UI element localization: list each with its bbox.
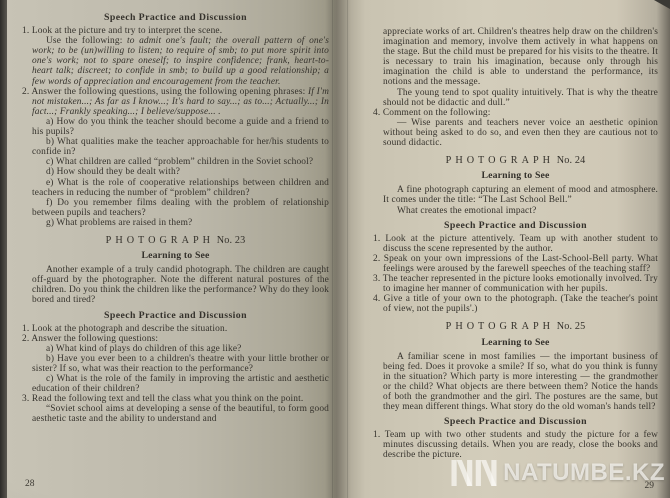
item-number: 1. bbox=[22, 324, 29, 334]
section-heading: Speech Practice and Discussion bbox=[373, 417, 658, 427]
question-item: 1. Look at the photograph and describe t… bbox=[22, 324, 329, 334]
sub-question: b) What qualities make the teacher appro… bbox=[32, 137, 329, 157]
question-item: 2. Answer the following questions, using… bbox=[22, 87, 329, 117]
paragraph: A familiar scene in most families — the … bbox=[383, 352, 658, 413]
photograph-number: No. 23 bbox=[217, 235, 246, 246]
item-number: 1. bbox=[22, 26, 29, 36]
section-heading: Speech Practice and Discussion bbox=[373, 221, 658, 231]
item-text: Speak on your own impressions of the Las… bbox=[383, 254, 658, 274]
item-number: 2. bbox=[22, 334, 29, 344]
item-number: 3. bbox=[373, 274, 380, 284]
book-left-edge bbox=[0, 0, 7, 498]
item-text: The teacher represented in the picture l… bbox=[383, 274, 658, 294]
item-text: Comment on the following: bbox=[383, 108, 491, 118]
item-text: Team up with two other students and stud… bbox=[383, 430, 658, 460]
paragraph: Use the following: to admit one's fault;… bbox=[32, 36, 329, 86]
continuation-paragraph: appreciate works of art. Children's thea… bbox=[383, 27, 658, 88]
photograph-number: No. 24 bbox=[557, 155, 586, 166]
sub-question: c) What is the role of the family in imp… bbox=[32, 374, 329, 394]
item-text: Give a title of your own to the photogra… bbox=[383, 294, 658, 314]
quote-paragraph: “Soviet school aims at developing a sens… bbox=[32, 404, 329, 424]
paragraph-lead: Use the following: bbox=[46, 36, 127, 46]
sub-question: b) Have you ever been to a children's th… bbox=[32, 354, 329, 374]
left-page: Speech Practice and Discussion 1. Look a… bbox=[7, 0, 335, 498]
photograph-word: PHOTOGRAPH bbox=[446, 155, 554, 166]
item-text: Answer the following questions, using th… bbox=[31, 87, 308, 97]
item-text: Read the following text and tell the cla… bbox=[32, 394, 304, 404]
right-page-text: appreciate works of art. Children's thea… bbox=[373, 27, 658, 461]
watermark-text: NATUMBE.KZ bbox=[503, 459, 665, 487]
item-number: 2. bbox=[373, 254, 380, 264]
item-text: Look at the picture and try to interpret… bbox=[32, 26, 222, 36]
question-item: 2. Answer the following questions: bbox=[22, 334, 329, 344]
question-item: 1. Look at the picture and try to interp… bbox=[22, 26, 329, 36]
photograph-word: PHOTOGRAPH bbox=[106, 235, 214, 246]
subsection-heading: Learning to See bbox=[373, 338, 658, 348]
question-item: 4. Give a title of your own to the photo… bbox=[373, 294, 658, 314]
item-number: 2. bbox=[22, 87, 29, 97]
item-text: Answer the following questions: bbox=[31, 334, 158, 344]
gutter-crease bbox=[347, 0, 348, 498]
question-item: 1. Team up with two other students and s… bbox=[373, 430, 658, 460]
sub-question: e) What is the role of cooperative relat… bbox=[32, 178, 329, 198]
page-number: 28 bbox=[25, 479, 35, 489]
item-number: 4. bbox=[373, 294, 380, 304]
sub-question: a) How do you think the teacher should b… bbox=[32, 117, 329, 137]
gutter-crease bbox=[332, 0, 333, 498]
subsection-heading: Learning to See bbox=[22, 251, 329, 261]
sub-question: a) What kind of plays do children of thi… bbox=[32, 344, 329, 354]
paragraph: A fine photograph capturing an element o… bbox=[383, 185, 658, 205]
paragraph: What creates the emotional impact? bbox=[383, 206, 658, 216]
item-number: 1. bbox=[373, 430, 380, 440]
section-heading: Speech Practice and Discussion bbox=[22, 311, 329, 321]
photograph-word: PHOTOGRAPH bbox=[446, 321, 554, 332]
sub-question: c) What children are called “problem” ch… bbox=[32, 157, 329, 167]
question-item: 3. The teacher represented in the pictur… bbox=[373, 274, 658, 294]
item-number: 1. bbox=[373, 234, 380, 244]
question-item: 4. Comment on the following: bbox=[373, 108, 658, 118]
item-text: Look at the picture attentively. Team up… bbox=[383, 234, 658, 254]
watermark: NATUMBE.KZ bbox=[451, 459, 665, 487]
quote-paragraph: The young tend to spot quality intuitive… bbox=[383, 88, 658, 108]
sub-question: d) How should they be dealt with? bbox=[32, 167, 329, 177]
paragraph: Another example of a truly candid photog… bbox=[32, 265, 329, 305]
photograph-heading: PHOTOGRAPH No. 24 bbox=[373, 156, 658, 166]
right-page: appreciate works of art. Children's thea… bbox=[335, 0, 670, 498]
sub-question: g) What problems are raised in them? bbox=[32, 218, 329, 228]
section-heading: Speech Practice and Discussion bbox=[22, 13, 329, 23]
sub-question: f) Do you remember films dealing with th… bbox=[32, 198, 329, 218]
page-corner-shadow bbox=[654, 0, 670, 9]
item-number: 3. bbox=[22, 394, 29, 404]
item-text: Look at the photograph and describe the … bbox=[32, 324, 227, 334]
paragraph: — Wise parents and teachers never voice … bbox=[383, 118, 658, 148]
question-item: 2. Speak on your own impressions of the … bbox=[373, 254, 658, 274]
photograph-heading: PHOTOGRAPH No. 25 bbox=[373, 322, 658, 332]
question-item: 3. Read the following text and tell the … bbox=[22, 394, 329, 404]
photograph-number: No. 25 bbox=[557, 321, 586, 332]
photograph-heading: PHOTOGRAPH No. 23 bbox=[22, 236, 329, 246]
subsection-heading: Learning to See bbox=[373, 171, 658, 181]
natumbe-logo-icon bbox=[451, 460, 497, 486]
item-number: 4. bbox=[373, 108, 380, 118]
question-item: 1. Look at the picture attentively. Team… bbox=[373, 234, 658, 254]
left-page-text: Speech Practice and Discussion 1. Look a… bbox=[22, 8, 329, 425]
book-photo: Speech Practice and Discussion 1. Look a… bbox=[0, 0, 670, 498]
